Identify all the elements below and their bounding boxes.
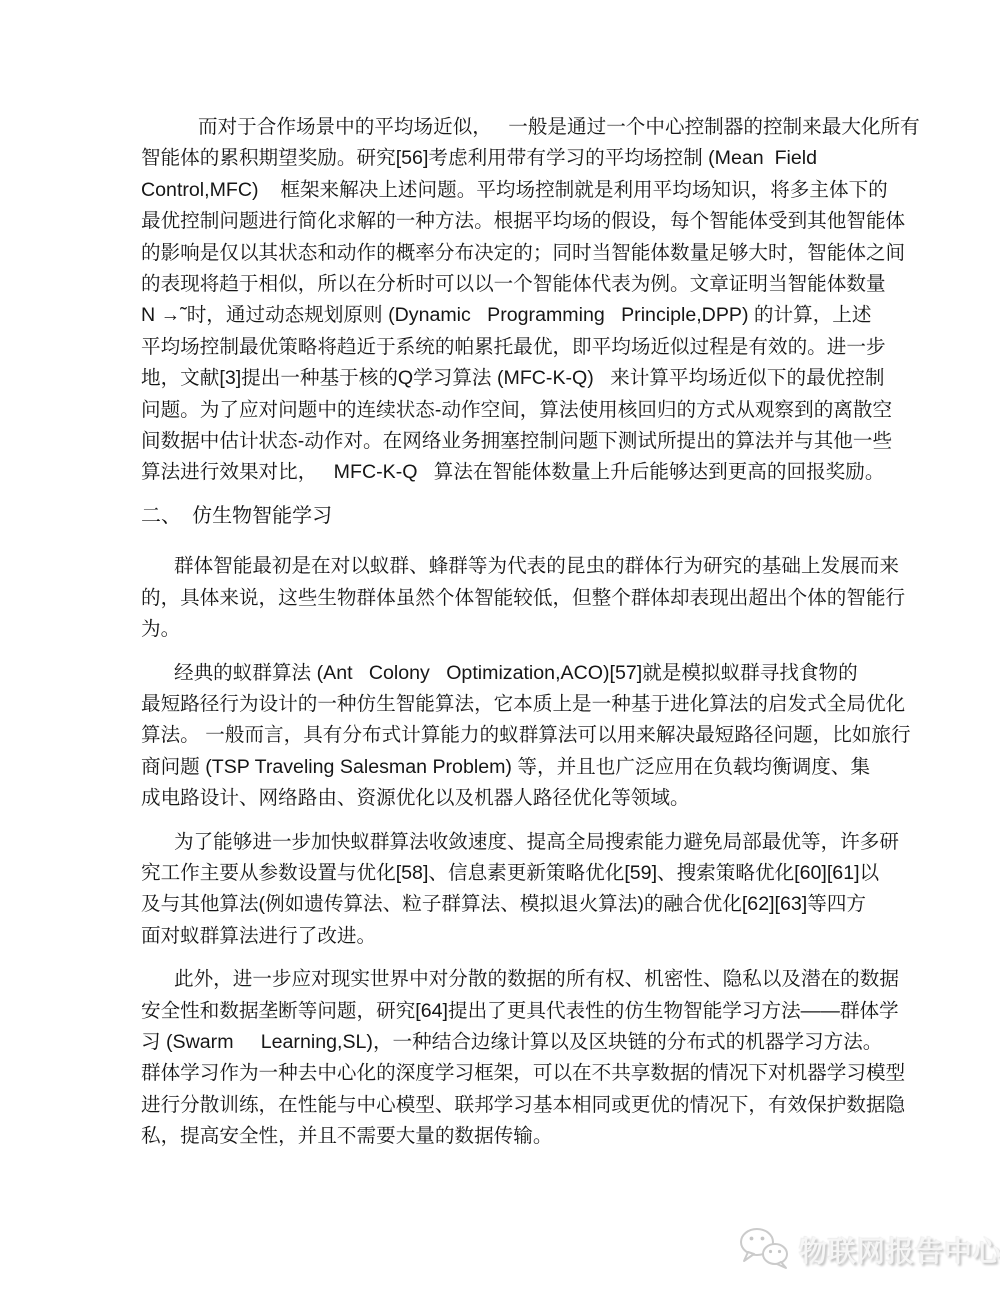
text-line: Control,MFC) 框架来解决上述问题。平均场控制就是利用平均场知识，将多… (141, 175, 875, 206)
document-page: { "page": { "background": "#ffffff", "te… (0, 0, 1000, 1293)
text-line: 间数据中估计状态-动作对。在网络业务拥塞控制问题下测试所提出的算法并与其他一些 (141, 426, 875, 457)
text-line: 智能体的累积期望奖励。研究[56]考虑利用带有学习的平均场控制 (Mean Fi… (141, 143, 875, 174)
text-line: 而对于合作场景中的平均场近似， 一般是通过一个中心控制器的控制来最大化所有 (141, 112, 875, 143)
text-line: 最短路径行为设计的一种仿生智能算法，它本质上是一种基于进化算法的启发式全局优化 (141, 689, 875, 720)
paragraph-aco: 经典的蚁群算法 (Ant Colony Optimization,ACO)[57… (141, 658, 875, 815)
text-line: 此外，进一步应对现实世界中对分散的数据的所有权、机密性、隐私以及潜在的数据 (141, 964, 875, 995)
text-line: 进行分散训练，在性能与中心模型、联邦学习基本相同或更优的情况下，有效保护数据隐 (141, 1090, 875, 1121)
wechat-icon (738, 1226, 790, 1275)
text-line: 的影响是仅以其状态和动作的概率分布决定的；同时当智能体数量足够大时，智能体之间 (141, 238, 875, 269)
paragraph-swarm-intro: 群体智能最初是在对以蚁群、蜂群等为代表的昆虫的群体行为研究的基础上发展而来 的，… (141, 551, 875, 645)
text-line: 习 (Swarm Learning,SL)，一种结合边缘计算以及区块链的分布式的… (141, 1027, 875, 1058)
text-line: 平均场控制最优策略将趋近于系统的帕累托最优，即平均场近似过程是有效的。进一步 (141, 332, 875, 363)
paragraph-aco-improvements: 为了能够进一步加快蚁群算法收敛速度、提高全局搜索能力避免局部最优等，许多研 究工… (141, 827, 875, 953)
text-line: 的，具体来说，这些生物群体虽然个体智能较低，但整个群体却表现出超出个体的智能行 (141, 583, 875, 614)
text-line: 地，文献[3]提出一种基于核的Q学习算法 (MFC-K-Q) 来计算平均场近似下… (141, 363, 875, 394)
text-line: 算法。 一般而言，具有分布式计算能力的蚁群算法可以用来解决最短路径问题，比如旅行 (141, 720, 875, 751)
text-line: N →˜时，通过动态规划原则 (Dynamic Programming Prin… (141, 300, 875, 331)
text-line: 私，提高安全性，并且不需要大量的数据传输。 (141, 1121, 875, 1152)
paragraph-mean-field: 而对于合作场景中的平均场近似， 一般是通过一个中心控制器的控制来最大化所有 智能… (141, 112, 875, 489)
text-line: 算法进行效果对比， MFC-K-Q 算法在智能体数量上升后能够达到更高的回报奖励… (141, 457, 875, 488)
document-body: 而对于合作场景中的平均场近似， 一般是通过一个中心控制器的控制来最大化所有 智能… (141, 112, 875, 1165)
text-line: 经典的蚁群算法 (Ant Colony Optimization,ACO)[57… (141, 658, 875, 689)
text-line: 及与其他算法(例如遗传算法、粒子群算法、模拟退火算法)的融合优化[62][63]… (141, 889, 875, 920)
text-line: 的表现将趋于相似，所以在分析时可以以一个智能体代表为例。文章证明当智能体数量 (141, 269, 875, 300)
text-line: 群体智能最初是在对以蚁群、蜂群等为代表的昆虫的群体行为研究的基础上发展而来 (141, 551, 875, 582)
text-line: 成电路设计、网络路由、资源优化以及机器人路径优化等领域。 (141, 783, 875, 814)
watermark-label: 物联网报告中心 (799, 1230, 1000, 1270)
text-line: 问题。为了应对问题中的连续状态-动作空间，算法使用核回归的方式从观察到的离散空 (141, 395, 875, 426)
text-line: 面对蚁群算法进行了改进。 (141, 921, 875, 952)
text-line: 群体学习作为一种去中心化的深度学习框架，可以在不共享数据的情况下对机器学习模型 (141, 1058, 875, 1089)
watermark: 物联网报告中心 (738, 1226, 1000, 1274)
text-line: 为了能够进一步加快蚁群算法收敛速度、提高全局搜索能力避免局部最优等，许多研 (141, 827, 875, 858)
section-heading: 二、 仿生物智能学习 (141, 501, 875, 532)
paragraph-swarm-learning: 此外，进一步应对现实世界中对分散的数据的所有权、机密性、隐私以及潜在的数据 安全… (141, 964, 875, 1152)
text-line: 安全性和数据垄断等问题，研究[64]提出了更具代表性的仿生物智能学习方法——群体… (141, 996, 875, 1027)
text-line: 最优控制问题进行简化求解的一种方法。根据平均场的假设，每个智能体受到其他智能体 (141, 206, 875, 237)
text-line: 商问题 (TSP Traveling Salesman Problem) 等，并… (141, 752, 875, 783)
text-line: 为。 (141, 614, 875, 645)
text-line: 究工作主要从参数设置与优化[58]、信息素更新策略优化[59]、搜索策略优化[6… (141, 858, 875, 889)
